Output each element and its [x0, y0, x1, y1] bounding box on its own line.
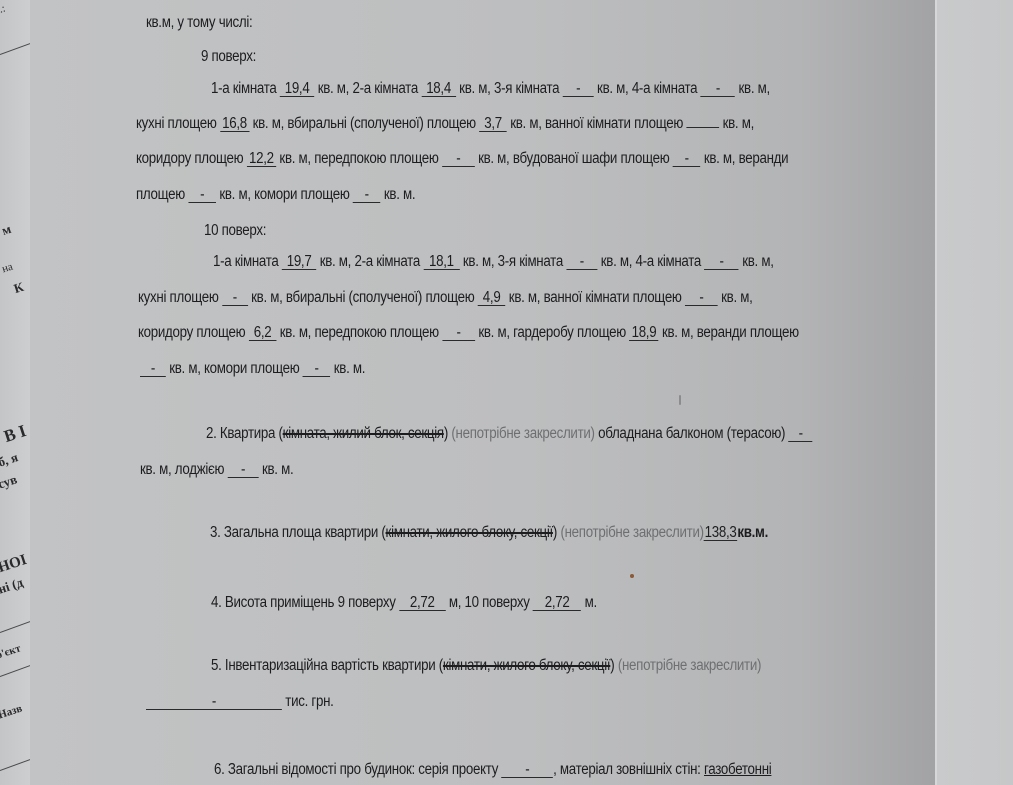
- intro-line: кв.м, у тому числі:: [146, 14, 252, 32]
- floor9-corridor-line: коридору площею 12,2 кв. м, передпокою п…: [136, 150, 788, 168]
- floor10-hall-value: -: [442, 325, 475, 341]
- item3-note: (непотрібне закреслити): [560, 524, 703, 541]
- floor10-room1-value: 19,7: [282, 254, 316, 270]
- item2-line: 2. Квартира (кімната, жилий блок, секція…: [206, 425, 813, 443]
- left-rule: [0, 759, 30, 771]
- floor10-wardrobe-value: 18,9: [629, 325, 658, 341]
- pen-mark: [679, 395, 681, 405]
- floor10-storage-value: -: [303, 361, 331, 377]
- left-rule: [0, 43, 30, 55]
- item3-total-area: 138,3: [704, 525, 738, 541]
- item5-line: 5. Інвентаризаційна вартість квартири (к…: [211, 657, 761, 675]
- item4-height-floor9: 2,72: [399, 595, 445, 611]
- floor10-storage-line: - кв. м, комори площею - кв. м.: [140, 360, 365, 378]
- left-underlying-page: л.: м на К В І б, я сув НОІ ні (д б'єкт …: [0, 0, 31, 785]
- item3-line: 3. Загальна площа квартири (кімнати, жил…: [210, 524, 768, 542]
- left-fragment: б, я: [0, 449, 20, 470]
- floor10-corridor-line: коридору площею 6,2 кв. м, передпокою пл…: [138, 324, 799, 342]
- floor9-storage-line: площею - кв. м, комори площею - кв. м.: [136, 186, 415, 204]
- floor10-bath-value: -: [685, 290, 718, 306]
- left-fragment: Назв: [0, 703, 24, 722]
- item5-inventory-value: -: [146, 694, 282, 710]
- left-fragment: б'єкт: [0, 642, 22, 661]
- left-fragment: сув: [0, 471, 19, 492]
- item2-struck-options: кімната, жилий блок, секція: [283, 425, 444, 442]
- item5-note: (непотрібне закреслити): [618, 657, 761, 674]
- left-rule: [0, 665, 30, 677]
- floor10-rooms-line: 1-а кімната 19,7 кв. м, 2-а кімната 18,1…: [213, 253, 774, 271]
- floor10-heading: 10 поверх:: [204, 222, 266, 240]
- ink-speck: [630, 574, 634, 578]
- item6-line: 6. Загальні відомості про будинок: серія…: [214, 761, 771, 779]
- floor10-corridor-value: 6,2: [249, 325, 277, 341]
- floor9-wc-value: 3,7: [479, 116, 507, 132]
- item2-loggia-value: -: [228, 462, 259, 478]
- floor9-hall-value: -: [442, 151, 475, 167]
- floor10-wc-value: 4,9: [478, 290, 506, 306]
- floor9-veranda-value: -: [188, 187, 216, 203]
- floor10-room2-value: 18,1: [423, 254, 459, 270]
- floor10-room4-value: -: [704, 254, 738, 270]
- item4-height-floor10: 2,72: [533, 595, 581, 611]
- floor9-closet-value: -: [673, 151, 701, 167]
- item2-note: (непотрібне закреслити): [451, 425, 594, 442]
- floor10-kitchen-line: кухні площею - кв. м, вбиральні (сполуче…: [138, 289, 753, 307]
- intro-text: кв.м, у тому числі:: [146, 14, 252, 31]
- left-fragment: л.:: [0, 3, 7, 18]
- left-rule: [0, 621, 30, 633]
- floor9-kitchen-value: 16,8: [220, 116, 249, 132]
- left-fragment: ні (д: [0, 574, 25, 597]
- right-underlying-page: [935, 0, 1013, 785]
- floor10-kitchen-value: -: [222, 290, 248, 306]
- floor10-veranda-value: -: [140, 361, 166, 377]
- floor9-bath-value: [686, 127, 719, 128]
- item5-struck-options: кімнати, жилого блоку, секції: [443, 657, 610, 674]
- floor9-corridor-value: 12,2: [247, 151, 276, 167]
- left-fragment: К: [12, 279, 26, 297]
- item6-wall-material: газобетонні: [704, 761, 771, 778]
- left-fragment: В І: [1, 421, 28, 447]
- floor9-heading: 9 поверх:: [201, 48, 256, 66]
- floor9-room4-value: -: [701, 81, 735, 97]
- floor9-room1-value: 19,4: [280, 81, 314, 97]
- item4-line: 4. Висота приміщень 9 поверху 2,72 м, 10…: [211, 594, 597, 612]
- left-fragment: на: [0, 261, 14, 276]
- item6-series-value: -: [502, 762, 554, 778]
- left-fragment: НОІ: [0, 552, 29, 577]
- floor9-kitchen-line: кухні площею 16,8 кв. м, вбиральні (спол…: [136, 115, 754, 133]
- floor10-room3-value: -: [566, 254, 597, 270]
- floor9-room2-value: 18,4: [421, 81, 455, 97]
- item2-balcony-value: -: [789, 426, 813, 442]
- floor9-room3-value: -: [563, 81, 594, 97]
- item5-value-line: - тис. грн.: [146, 693, 334, 711]
- item2-loggia-line: кв. м, лоджією - кв. м.: [140, 461, 293, 479]
- item3-struck-options: кімнати, жилого блоку, секції: [386, 524, 553, 541]
- floor9-rooms-line: 1-а кімната 19,4 кв. м, 2-а кімната 18,4…: [211, 80, 770, 98]
- left-fragment: м: [0, 221, 13, 239]
- floor9-storage-value: -: [353, 187, 381, 203]
